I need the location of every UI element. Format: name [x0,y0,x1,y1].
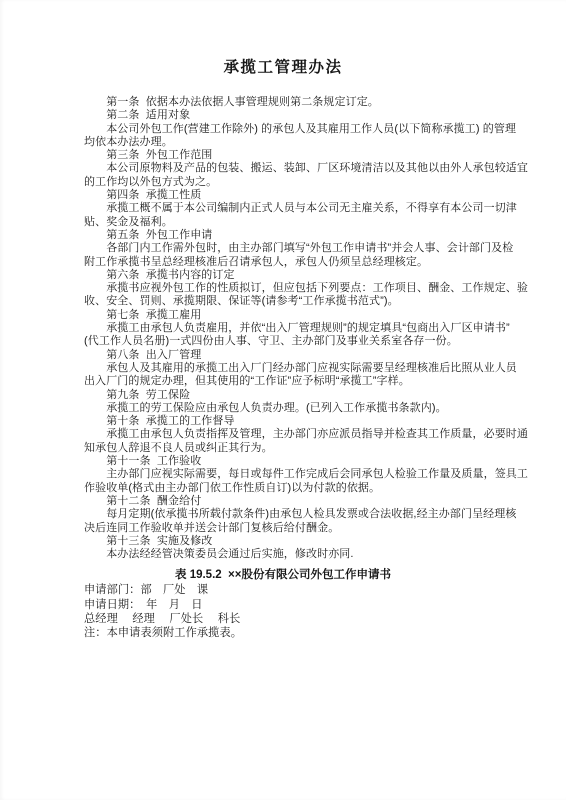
text-line: 第一条 依据本办法依据人事管理规则第二条规定订定。 [84,96,566,109]
text-line: 主办部门应视实际需要，每日或每件工作完成后会同承包人检验工作量及质量，签具工 [84,468,566,481]
text-line: 第四条 承揽工性质 [84,189,566,202]
text-line: 附工作承揽书呈总经理核准后召请承包人，承包人仍须呈总经理核定。 [84,256,566,269]
document-page: 承揽工管理办法 第一条 依据本办法依据人事管理规则第二条规定订定。 第二条 适用… [0,0,566,800]
text-line: 本办法经经管决策委员会通过后实施，修改时亦同. [84,548,566,561]
text-line: 第七条 承揽工雇用 [84,309,566,322]
text-line: 第八条 出入厂管理 [84,349,566,362]
text-line: 每月定期(依承揽书所载付款条件)由承包人检具发票或合法收据,经主办部门呈经理核 [84,508,566,521]
text-line: 第十条 承揽工的工作督导 [84,415,566,428]
text-line: 第五条 外包工作申请 [84,229,566,242]
document-body: 第一条 依据本办法依据人事管理规则第二条规定订定。 第二条 适用对象 本公司外包… [84,96,566,561]
form-field-line: 申请部门：部 厂处 课 [84,583,566,597]
text-line: 知承包人辞退不良人员或纠正其行为。 [84,442,566,455]
text-line: 的工作均以外包方式为之。 [84,176,566,189]
text-line: 第十二条 酬金给付 [84,495,566,508]
text-line: 第三条 外包工作范围 [84,149,566,162]
text-line: 作验收单(格式由主办部门依工作性质自订)以为付款的依据。 [84,482,566,495]
text-line: 承揽工概不属于本公司编制内正式人员与本公司无主雇关系，不得享有本公司一切津 [84,202,566,215]
text-line: (代工作人员名册)一式四份由人事、守卫、主办部门及事业关系室各存一份。 [84,335,566,348]
form-field-line: 总经理 经理 厂处长 科长 [84,612,566,626]
document-title: 承揽工管理办法 [0,0,566,79]
text-line: 第九条 劳工保险 [84,389,566,402]
text-line: 出入厂门的规定办理，但其使用的“工作证”应予标明“承揽工”字样。 [84,375,566,388]
text-line: 第十一条 工作验收 [84,455,566,468]
text-line: 均依本办法办理。 [84,136,566,149]
text-line: 承揽工由承包人负责指挥及管理，主办部门亦应派员指导并检查其工作质量，必要时通 [84,428,566,441]
text-line: 贴、奖金及福利。 [84,216,566,229]
form-footer: 申请部门：部 厂处 课申请日期： 年 月 日总经理 经理 厂处长 科长注：本申请… [84,583,566,640]
text-line: 承揽工的劳工保险应由承包人负责办理。(已列入工作承揽书条款内)。 [84,402,566,415]
text-line: 承揽工由承包人负责雇用，并依“出入厂管理规则”的规定填具“包商出入厂区申请书” [84,322,566,335]
text-line: 第六条 承揽书内容的订定 [84,269,566,282]
text-line: 收、安全、罚则、承揽期限、保证等(请参考“工作承揽书范式”)。 [84,295,566,308]
form-field-line: 申请日期： 年 月 日 [84,598,566,612]
text-line: 本公司外包工作(营建工作除外) 的承包人及其雇用工作人员(以下简称承揽工) 的管… [84,123,566,136]
text-line: 承包人及其雇用的承揽工出入厂门经办部门应视实际需要呈经理核准后比照从业人员 [84,362,566,375]
text-line: 各部门内工作需外包时，由主办部门填写“外包工作申请书”并会人事、会计部门及检 [84,242,566,255]
text-line: 第十三条 实施及修改 [84,535,566,548]
text-line: 承揽书应视外包工作的性质拟订，但应包括下列要点：工作项目、酬金、工作规定、验 [84,282,566,295]
table-caption: 表 19.5.2 ××股份有限公司外包工作申请书 [0,568,566,582]
text-line: 本公司原物料及产品的包装、搬运、装卸、厂区环境清洁以及其他以由外人承包较适宜 [84,162,566,175]
form-field-line: 注：本申请表须附工作承揽表。 [84,626,566,640]
text-line: 第二条 适用对象 [84,109,566,122]
text-line: 决后连同工作验收单并送会计部门复核后给付酬金。 [84,522,566,535]
